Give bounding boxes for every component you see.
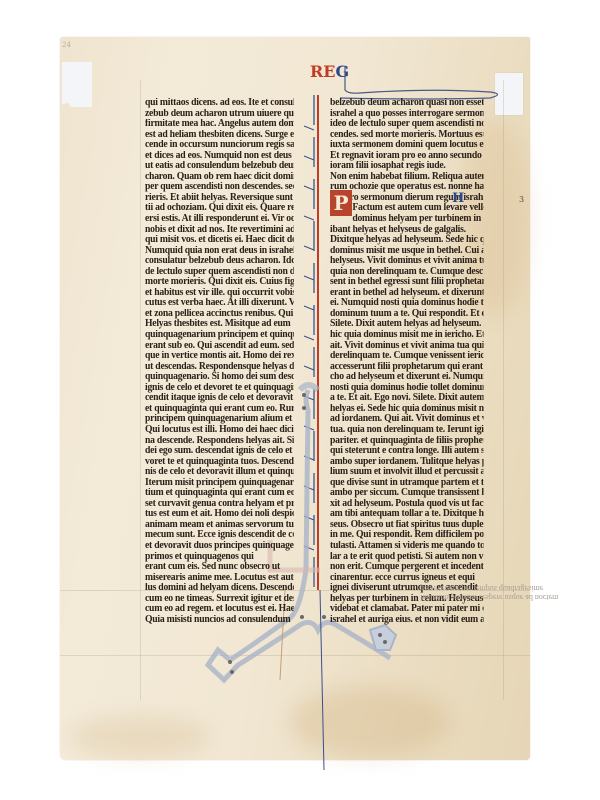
text-line: cinarentur. ecce currus igneus et equi xyxy=(330,573,483,584)
text-line: rieris. Et abiit helyas. Reversique sunt… xyxy=(145,193,294,204)
text-line: ambo per siccum. Cumque transissent hely… xyxy=(330,488,483,499)
text-line: cendit itaque ignis de celo et devoravit… xyxy=(145,393,294,404)
text-line: am tibi antequam tollar a te. Dixitque h… xyxy=(330,509,483,520)
text-line: primos et quinquagenos qui xyxy=(145,552,294,563)
text-line: charon. Quam ob rem haec dicit dominus. … xyxy=(145,172,294,183)
text-line: Silete. Dixit autem helyas ad helyseum. … xyxy=(330,319,483,330)
text-line: quinquagenarium principem et quinquagint… xyxy=(145,330,294,341)
text-line: hic quia dominus misit me in iericho. Et… xyxy=(330,330,483,341)
text-line: animam meam et animas servorum tuorum qu… xyxy=(145,520,294,531)
text-line: que divise sunt in utramque partem et tr… xyxy=(330,478,483,489)
text-line: ei. Numquid nosti quia dominus hodie tol… xyxy=(330,298,483,309)
text-line: cum eo ne timeas. Surrexit igitur et des… xyxy=(145,594,294,605)
text-line: principem quinquagenarium alium et quinq… xyxy=(145,414,294,425)
text-line: dominum tuum a te. Qui respondit. Et ego… xyxy=(330,309,483,320)
text-line: quinquagenario. Si homo dei sum descenda… xyxy=(145,372,294,383)
text-line: de lectulo super quem ascendisti non des… xyxy=(145,267,294,278)
text-line: cendes. sed morte morieris. Mortuus est … xyxy=(330,130,483,141)
text-line: lium suum et involvit illud et percussit… xyxy=(330,467,483,478)
text-line: helyas ei. Sede hic quia dominus misit m… xyxy=(330,404,483,415)
text-line: cum eo ad regem. et locutus est ei. Haec… xyxy=(145,604,294,615)
text-line: zebub deum acharon utrum uiuere queam de… xyxy=(145,109,294,120)
text-line: nis de celo et devoravit illum et quinqu… xyxy=(145,467,294,478)
text-line: mecum sunt. Ecce ignis descendit de celo xyxy=(145,530,294,541)
decorated-initial: P xyxy=(330,190,352,216)
text-line: consulatur belzebub deus acharon. Idcirc… xyxy=(145,256,294,267)
text-line: qui misit vos. et dicetis ei. Haec dicit… xyxy=(145,235,294,246)
text-line: et zona pellicea accinctus renibus. Qui … xyxy=(145,309,294,320)
text-line: voret te et quinquaginta tuos. Descendit… xyxy=(145,457,294,468)
text-line: tulasti. Attamen si videris me quando to… xyxy=(330,541,483,552)
minor-initial: H xyxy=(452,191,464,206)
text-line: ut eatis ad consulendum belzebub deum a xyxy=(145,161,294,172)
corner-mark: 24 xyxy=(62,41,71,49)
text-line: israhel et auriga eius. et non vidit eum… xyxy=(330,615,483,626)
ruling-line xyxy=(503,80,504,700)
text-line: tua. quia non derelinquam te. Ierunt igi… xyxy=(330,425,483,436)
text-line: est ad heliam thesbiten dicens. Surge et… xyxy=(145,130,294,141)
text-line: morte morieris. Qui dixit eis. Cuius fig… xyxy=(145,277,294,288)
text-line: Qui locutus est illi. Homo dei haec dici… xyxy=(145,425,294,436)
text-line: seus. Obsecro ut fiat spiritus tuus dupl… xyxy=(330,520,483,531)
text-line: qui steterunt e contra longe. Illi autem… xyxy=(330,446,483,457)
left-column-text: qui mittaos dicens. ad eos. Ite et consu… xyxy=(145,98,305,625)
text-line: Helyas thesbites est. Misitque ad eum xyxy=(145,319,294,330)
text-line: videbat et clamabat. Pater mi pater mi c… xyxy=(330,604,483,615)
text-line: dominus misit me usque in bethel. Cui ai… xyxy=(330,246,483,257)
text-line: derelinquam te. Cumque venissent iericho… xyxy=(330,351,483,362)
text-line: dominus helyam per turbinem in celum xyxy=(330,214,483,225)
text-line: tium et quinquaginta qui erant cum eo. Q… xyxy=(145,488,294,499)
text-line: a te. Et ait. Ego novi. Silete. Dixit au… xyxy=(330,393,483,404)
text-line: ait. Vivit dominus et vivit anima tua qu… xyxy=(330,341,483,352)
text-line: quia non derelinquam te. Cumque descendi… xyxy=(330,267,483,278)
mounting-tape-left xyxy=(62,62,92,107)
text-line: Non enim habebat filium. Reliqua autem v… xyxy=(330,172,483,183)
text-line: firmitate mea hac. Angelus autem domini … xyxy=(145,119,294,130)
parchment-stain xyxy=(70,717,210,757)
text-line: dei ego sum. descendat ignis de celo et … xyxy=(145,446,294,457)
text-line: cho ad helyseum et dixerunt ei. Numquid xyxy=(330,372,483,383)
marginal-note-line: perseveratur per tempus quadragesime xyxy=(420,584,558,593)
text-line: lus domini ad helyam dicens. Descende xyxy=(145,583,294,594)
text-line: sent in bethel egressi sunt filii prophe… xyxy=(330,277,483,288)
text-line: set curvavit genua contra helyam et prec… xyxy=(145,499,294,510)
text-line: na descende. Respondens helyas ait. Si h… xyxy=(145,436,294,447)
ruling-line xyxy=(140,80,141,700)
text-line: cende in occursum nunciorum regis samari… xyxy=(145,140,294,151)
text-line: qui mittaos dicens. ad eos. Ite et consu… xyxy=(145,98,294,109)
text-line: nosti quia dominus hodie tollet dominum … xyxy=(330,383,483,394)
text-line: ersi estis. At illi responderunt ei. Vir… xyxy=(145,214,294,225)
text-line: Iterum misit principem quinquagenarium t… xyxy=(145,478,294,489)
text-line: que in vertice montis ait. Homo dei rex … xyxy=(145,351,294,362)
text-line: lar a te erit quod petisti. Si autem non… xyxy=(330,552,483,563)
text-line: et quinquaginta qui erant cum eo. Rursum… xyxy=(145,404,294,415)
text-line: tii ad ochoziam. Qui dixit eis. Quare re… xyxy=(145,203,294,214)
text-line: Quia misisti nuncios ad consulendum xyxy=(145,615,294,626)
text-line: erant cum eis. Sed nunc obsecro ut xyxy=(145,562,294,573)
text-line: erant in bethel ad helyseum. et dixerunt xyxy=(330,288,483,299)
text-line: cutus est verba haec. At illi dixerunt. … xyxy=(145,298,294,309)
text-line: ignis de celo et devoret te et quinquagi… xyxy=(145,383,294,394)
text-line: et dices ad eos. Numquid non est deus in… xyxy=(145,151,294,162)
text-line: ibant helyas et helyseus de galgalis. xyxy=(330,225,483,236)
text-line: miserearis anime mee. Locutus est autem … xyxy=(145,573,294,584)
text-line: Dixitque helyas ad helyseum. Sede hic qu… xyxy=(330,235,483,246)
text-line: per quem ascendisti non descendes. sed m… xyxy=(145,182,294,193)
text-line: non erit. Cumque pergerent et incedentes… xyxy=(330,562,483,573)
marginal-note-line: Ieiunium primum vespere usque ad noctem xyxy=(420,593,558,602)
text-line: erant sub eo. Qui ascendit ad eum. seden… xyxy=(145,341,294,352)
text-line: israhel a quo posses interrogare sermone… xyxy=(330,109,483,120)
text-line: belzebub deum acharon quasi non esset de… xyxy=(330,98,483,109)
text-line: Numquid quia non erat deus in israhel mi… xyxy=(145,246,294,257)
folio-mark: 3 xyxy=(519,195,524,204)
text-line: pariter. et quinquaginta de filiis proph… xyxy=(330,436,483,447)
marginal-note: Ieiunium primum vespere usque ad noctem … xyxy=(420,584,558,602)
text-line: accesserunt filii prophetarum qui erant … xyxy=(330,362,483,373)
text-line: tus est eum et ait. Homo dei noli despic… xyxy=(145,509,294,520)
text-line: ideo de lectulo super quem ascendisti no… xyxy=(330,119,483,130)
text-line: ut descendas. Respondensque helyas dixit xyxy=(145,362,294,373)
text-line: ambo super iordanem. Tulitque helyas pal xyxy=(330,457,483,468)
right-column-text: belzebub deum acharon quasi non esset de… xyxy=(330,98,495,625)
text-line: xit ad helyseum. Postula quod vis ut fac… xyxy=(330,499,483,510)
text-line: helyseus. Vivit dominus et vivit anima t… xyxy=(330,256,483,267)
text-line: ad iordanem. Qui ait. Vivit dominus et v… xyxy=(330,414,483,425)
text-line: iuxta sermonem domini quem locutus est h… xyxy=(330,140,483,151)
text-line: in me. Qui respondit. Rem difficilem pos xyxy=(330,530,483,541)
text-line: ioram filii iosaphat regis iude. xyxy=(330,161,483,172)
text-line: et habitus est vir ille. qui occurrit vo… xyxy=(145,288,294,299)
text-line: nobis et dixit ad nos. Ite revertimini a… xyxy=(145,225,294,236)
text-line: Et regnavit ioram pro eo anno secundo xyxy=(330,151,483,162)
text-line: et devoravit duos principes quinquagenar… xyxy=(145,541,294,552)
